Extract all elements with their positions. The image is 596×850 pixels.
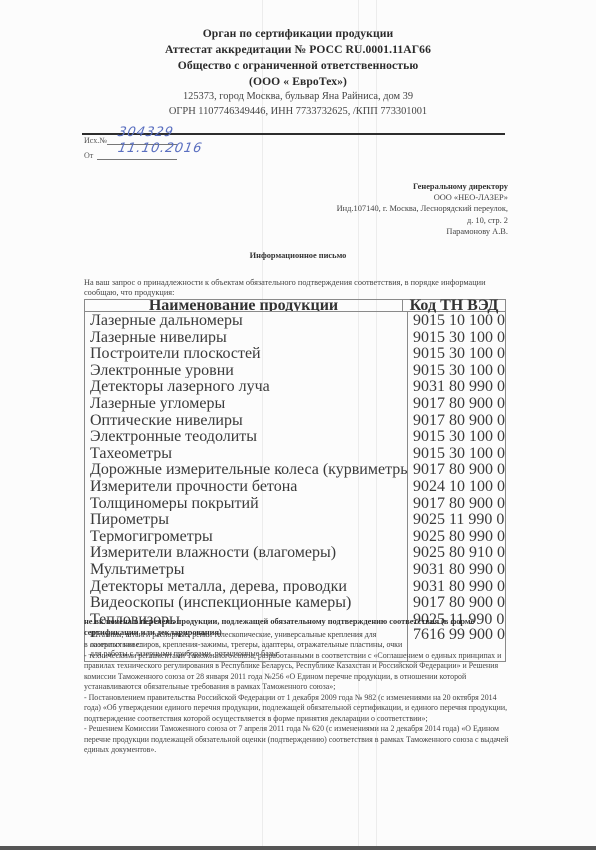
product-name-cell: Электронные теодолиты: [85, 428, 408, 445]
product-name-cell: Лазерные дальномеры: [85, 312, 408, 329]
table-row: Тахеометры9015 30 100 0: [85, 445, 505, 462]
product-name-cell: Лазерные нивелиры: [85, 329, 408, 346]
conclusion-statement: не включена в перечень продукции, подлеж…: [84, 617, 514, 638]
table-row: Детекторы лазерного луча9031 80 990 0: [85, 378, 505, 395]
table-row: Лазерные угломеры9017 80 900 0: [85, 395, 505, 412]
product-name-cell: Измерители влажности (влагомеры): [85, 544, 408, 561]
tn-ved-code-cell: 9017 80 900 0: [408, 495, 505, 512]
recipient-company: ООО «НЕО-ЛАЗЕР»: [337, 192, 508, 203]
letterhead-org-title: Орган по сертификации продукции: [0, 27, 596, 40]
table-row: Измерители прочности бетона9024 10 100 0: [85, 478, 505, 495]
product-name-cell: Оптические нивелиры: [85, 412, 408, 429]
product-name-cell: Детекторы лазерного луча: [85, 378, 408, 395]
tn-ved-code-cell: 9015 30 100 0: [408, 345, 505, 362]
date-handwritten: 11.10.2016: [117, 141, 204, 156]
table-header-row: Наименование продукции Код ТН ВЭД: [85, 300, 505, 312]
tn-ved-code-cell: 9015 30 100 0: [408, 329, 505, 346]
recipient-person: Парамонову А.В.: [337, 226, 508, 237]
letterhead-accreditation: Аттестат аккредитации № РОСС RU.0001.11А…: [0, 43, 596, 56]
product-name-cell: Мультиметры: [85, 561, 408, 578]
product-name-cell: Толщиномеры покрытий: [85, 495, 408, 512]
table-row: Электронные уровни9015 30 100 0: [85, 362, 505, 379]
letterhead-registry: ОГРН 1107746349446, ИНН 7733732625, /КПП…: [0, 106, 596, 117]
table-row: Оптические нивелиры9017 80 900 0: [85, 412, 505, 429]
legal-basis-item: - техническими регламентами Таможенного …: [84, 651, 509, 693]
product-name-cell: Видеоскопы (инспекционные камеры): [85, 594, 408, 611]
product-name-cell: Пирометры: [85, 511, 408, 528]
table-row: Дорожные измерительные колеса (курвиметр…: [85, 461, 505, 478]
table-row: Построители плоскостей9015 30 100 0: [85, 345, 505, 362]
recipient-block: Генеральному директору ООО «НЕО-ЛАЗЕР» И…: [337, 181, 508, 237]
tn-ved-code-cell: 9031 80 990 0: [408, 561, 505, 578]
table-row: Видеоскопы (инспекционные камеры)9017 80…: [85, 594, 505, 611]
product-name-cell: Тахеометры: [85, 445, 408, 462]
recipient-address-line2: д. 10, стр. 2: [337, 215, 508, 226]
table-row: Лазерные дальномеры9015 10 100 0: [85, 312, 505, 329]
recipient-title: Генеральному директору: [337, 181, 508, 192]
letter-title: Информационное письмо: [0, 251, 596, 260]
tn-ved-code-cell: 9015 30 100 0: [408, 445, 505, 462]
according-to-label: в соответствии с:: [84, 640, 509, 651]
column-header-product-name: Наименование продукции: [85, 300, 403, 311]
product-name-cell: Лазерные угломеры: [85, 395, 408, 412]
table-row: Детекторы металла, дерева, проводки9031 …: [85, 578, 505, 595]
tn-ved-code-cell: 9017 80 900 0: [408, 594, 505, 611]
tn-ved-code-cell: 9017 80 900 0: [408, 461, 505, 478]
column-header-tn-ved-code: Код ТН ВЭД: [403, 300, 505, 311]
product-name-cell: Построители плоскостей: [85, 345, 408, 362]
legal-basis-list: в соответствии с: - техническими регламе…: [84, 640, 509, 756]
letterhead-address: 125373, город Москва, бульвар Яна Райнис…: [0, 91, 596, 102]
scanned-letter-page: Орган по сертификации продукции Аттестат…: [0, 0, 596, 846]
table-row: Лазерные нивелиры9015 30 100 0: [85, 329, 505, 346]
tn-ved-code-cell: 9025 80 910 0: [408, 544, 505, 561]
table-row: Термогигрометры9025 80 990 0: [85, 528, 505, 545]
product-name-cell: Детекторы металла, дерева, проводки: [85, 578, 408, 595]
tn-ved-code-cell: 9031 80 990 0: [408, 578, 505, 595]
letterhead-company-name: (ООО « ЕвроТех»): [0, 75, 596, 88]
tn-ved-code-cell: 9025 80 990 0: [408, 528, 505, 545]
outgoing-number-handwritten: 304329: [117, 125, 175, 140]
tn-ved-code-cell: 9015 30 100 0: [408, 428, 505, 445]
tn-ved-code-cell: 9025 11 990 0: [408, 511, 505, 528]
tn-ved-code-cell: 9024 10 100 0: [408, 478, 505, 495]
table-row: Электронные теодолиты9015 30 100 0: [85, 428, 505, 445]
tn-ved-code-cell: 9017 80 900 0: [408, 395, 505, 412]
table-row: Толщиномеры покрытий9017 80 900 0: [85, 495, 505, 512]
legal-basis-item: - Постановлением правительства Российско…: [84, 693, 509, 725]
tn-ved-code-cell: 9017 80 900 0: [408, 412, 505, 429]
tn-ved-code-cell: 9015 10 100 0: [408, 312, 505, 329]
product-name-cell: Термогигрометры: [85, 528, 408, 545]
product-name-cell: Дорожные измерительные колеса (курвиметр…: [85, 461, 408, 478]
table-row: Мультиметры9031 80 990 0: [85, 561, 505, 578]
letter-intro: На ваш запрос о принадлежности к объекта…: [84, 278, 514, 299]
products-table: Наименование продукции Код ТН ВЭД Лазерн…: [84, 299, 506, 662]
table-row: Пирометры9025 11 990 0: [85, 511, 505, 528]
product-name-cell: Электронные уровни: [85, 362, 408, 379]
viewer-bottom-edge: [0, 846, 596, 850]
table-row: Измерители влажности (влагомеры)9025 80 …: [85, 544, 505, 561]
legal-basis-item: - Решением Комиссии Таможенного союза от…: [84, 724, 509, 756]
recipient-address-line1: Инд.107140, г. Москва, Леснорядский пере…: [337, 203, 508, 214]
tn-ved-code-cell: 9015 30 100 0: [408, 362, 505, 379]
letterhead-company-type: Общество с ограниченной ответственностью: [0, 59, 596, 72]
product-name-cell: Измерители прочности бетона: [85, 478, 408, 495]
tn-ved-code-cell: 9031 80 990 0: [408, 378, 505, 395]
